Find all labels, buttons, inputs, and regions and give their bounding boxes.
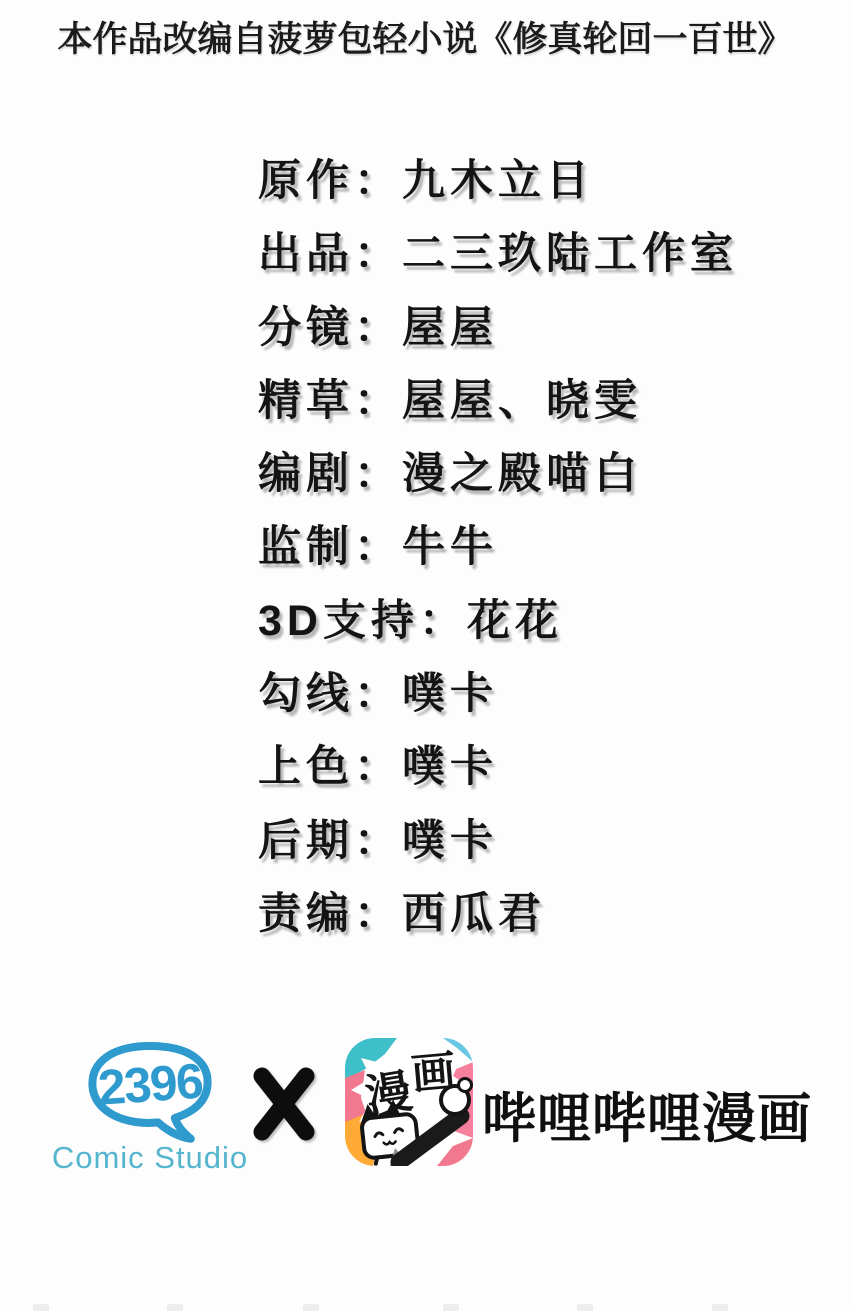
collab-x-icon	[252, 1062, 316, 1146]
credit-line-lineart: 勾线：噗卡	[258, 658, 738, 731]
credit-line-rough-draft: 精草：屋屋、晓雯	[258, 365, 738, 438]
credit-line-original-author: 原作：九木立日	[258, 145, 738, 218]
credit-line-screenwriter: 编剧：漫之殿喵白	[258, 438, 738, 511]
credit-line-coloring: 上色：噗卡	[258, 731, 738, 804]
studio-2396-logo-icon: 2396	[54, 1038, 246, 1150]
credit-line-editor: 责编：西瓜君	[258, 878, 738, 951]
comic-credits-page: 本作品改编自菠萝包轻小说《修真轮回一百世》 原作：九木立日 出品：二三玖陆工作室…	[0, 0, 850, 1311]
credit-line-postproduction: 后期：噗卡	[258, 805, 738, 878]
platform-name: 哔哩哔哩漫画	[482, 1076, 812, 1153]
credit-line-supervisor: 监制：牛牛	[258, 511, 738, 584]
bilibili-comics-app-icon: 漫 画	[345, 1038, 473, 1166]
credit-line-storyboard: 分镜：屋屋	[258, 292, 738, 365]
studio-caption: Comic Studio	[48, 1140, 252, 1176]
bottom-tear-marks	[0, 1301, 850, 1311]
adaptation-notice: 本作品改编自菠萝包轻小说《修真轮回一百世》	[0, 12, 850, 62]
credit-line-3d-support: 3D支持：花花	[258, 585, 738, 658]
credits-list: 原作：九木立日 出品：二三玖陆工作室 分镜：屋屋 精草：屋屋、晓雯 编剧：漫之殿…	[258, 145, 738, 951]
studio-2396-number: 2396	[96, 1053, 204, 1116]
credit-line-producer: 出品：二三玖陆工作室	[258, 218, 738, 291]
